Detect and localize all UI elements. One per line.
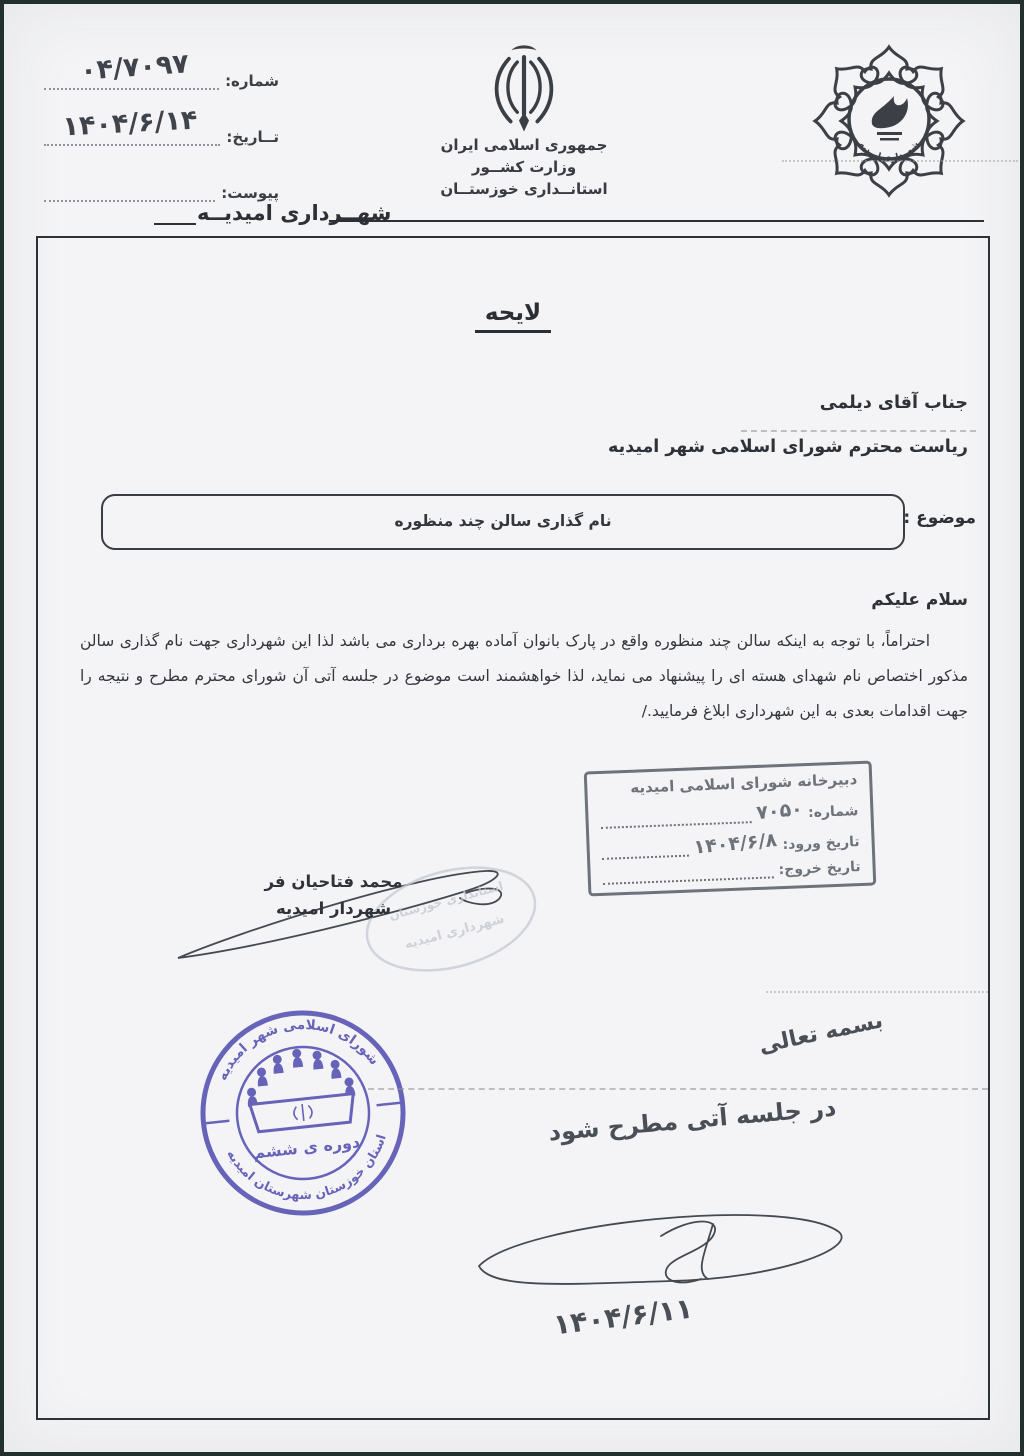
council-round-stamp: دوره ی ششم شورای اسلامی شهر امیدیه استان… [193,1003,413,1223]
org-title-left-rule [154,223,196,225]
exit-date-label: تاریخ خروج: [778,859,861,878]
entry-stamp-entry-row: تاریخ ورود: ۱۴۰۴/۶/۸ [601,828,860,860]
entry-date-value: ۱۴۰۴/۶/۸ [693,829,778,858]
gov-line-3: استانــداری خوزستــان [374,178,674,200]
entry-stamp-number-label: شماره: [808,803,859,821]
letter-title-wrap: لایحه [38,300,988,333]
scan-artifact-dotted-line [782,160,1018,162]
letter-title: لایحه [475,300,551,333]
date-label: تــاریخ: [226,128,279,146]
letter-frame: لایحه جناب آقای دیلمی ریاست محترم شورای … [36,236,990,1420]
handwritten-invocation: بسمه تعالی [757,1008,885,1059]
attachment-dotted-leader [44,184,215,202]
council-stamp-term: دوره ی ششم [252,1132,361,1162]
government-header: جمهوری اسلامی ایران وزارت کشــور استانــ… [374,42,674,200]
flame-icon [872,96,908,128]
number-label: شماره: [225,72,279,90]
attachment-field: پیوست: [44,184,279,202]
attachment-label: پیوست: [221,184,279,202]
letter-body: احتراماً، با توجه به اینکه سالن چند منظو… [80,624,968,729]
scan-artifact-dotted-line-2 [766,991,988,993]
entry-stamp-number-row: شماره: ۷۰۵۰ [600,797,859,829]
recipient-underline [741,430,976,432]
scanned-letter-page: شماره: ۰۴/۷۰۹۷ تــاریخ: ۱۴۰۴/۶/۱۴ پیوست:… [0,0,1024,1456]
subject-box: نام گذاری سالن چند منظوره [101,494,905,550]
entry-stamp-exit-row: تاریخ خروج: [602,859,860,885]
gov-line-2: وزارت کشــور [374,156,674,178]
entry-stamp-number-value: ۷۰۵۰ [756,798,804,824]
exit-date-leader [602,862,774,885]
recipient-name: جناب آقای دیلمی [820,393,968,413]
scan-fold-dashed-line [368,1088,988,1090]
signer-name: محمد فتاحیان فر [246,868,421,895]
recipient-title: ریاست محترم شورای اسلامی شهر امیدیه [608,437,968,457]
org-title-right-rule [329,220,984,222]
omidiyeh-municipality-logo: شهرداری امیدیه [804,36,974,206]
subject-label: موضوع : [903,508,976,528]
signer-title: شهردار امیدیه [246,895,421,922]
handwritten-directive: در جلسه آتی مطرح شود [547,1093,837,1146]
entry-stamp-title: دبیرخانه شورای اسلامی امیدیه [599,770,858,798]
signer-block: محمد فتاحیان فر شهردار امیدیه [246,868,421,922]
gov-line-1: جمهوری اسلامی ایران [374,134,674,156]
iran-national-emblem-icon [484,42,564,134]
entry-stamp-number-leader [600,807,752,829]
salutation: سلام علیکم [871,590,968,610]
entry-date-leader [601,841,689,860]
secretariat-entry-stamp: دبیرخانه شورای اسلامی امیدیه شماره: ۷۰۵۰… [584,761,877,897]
entry-date-label: تاریخ ورود: [782,834,860,853]
